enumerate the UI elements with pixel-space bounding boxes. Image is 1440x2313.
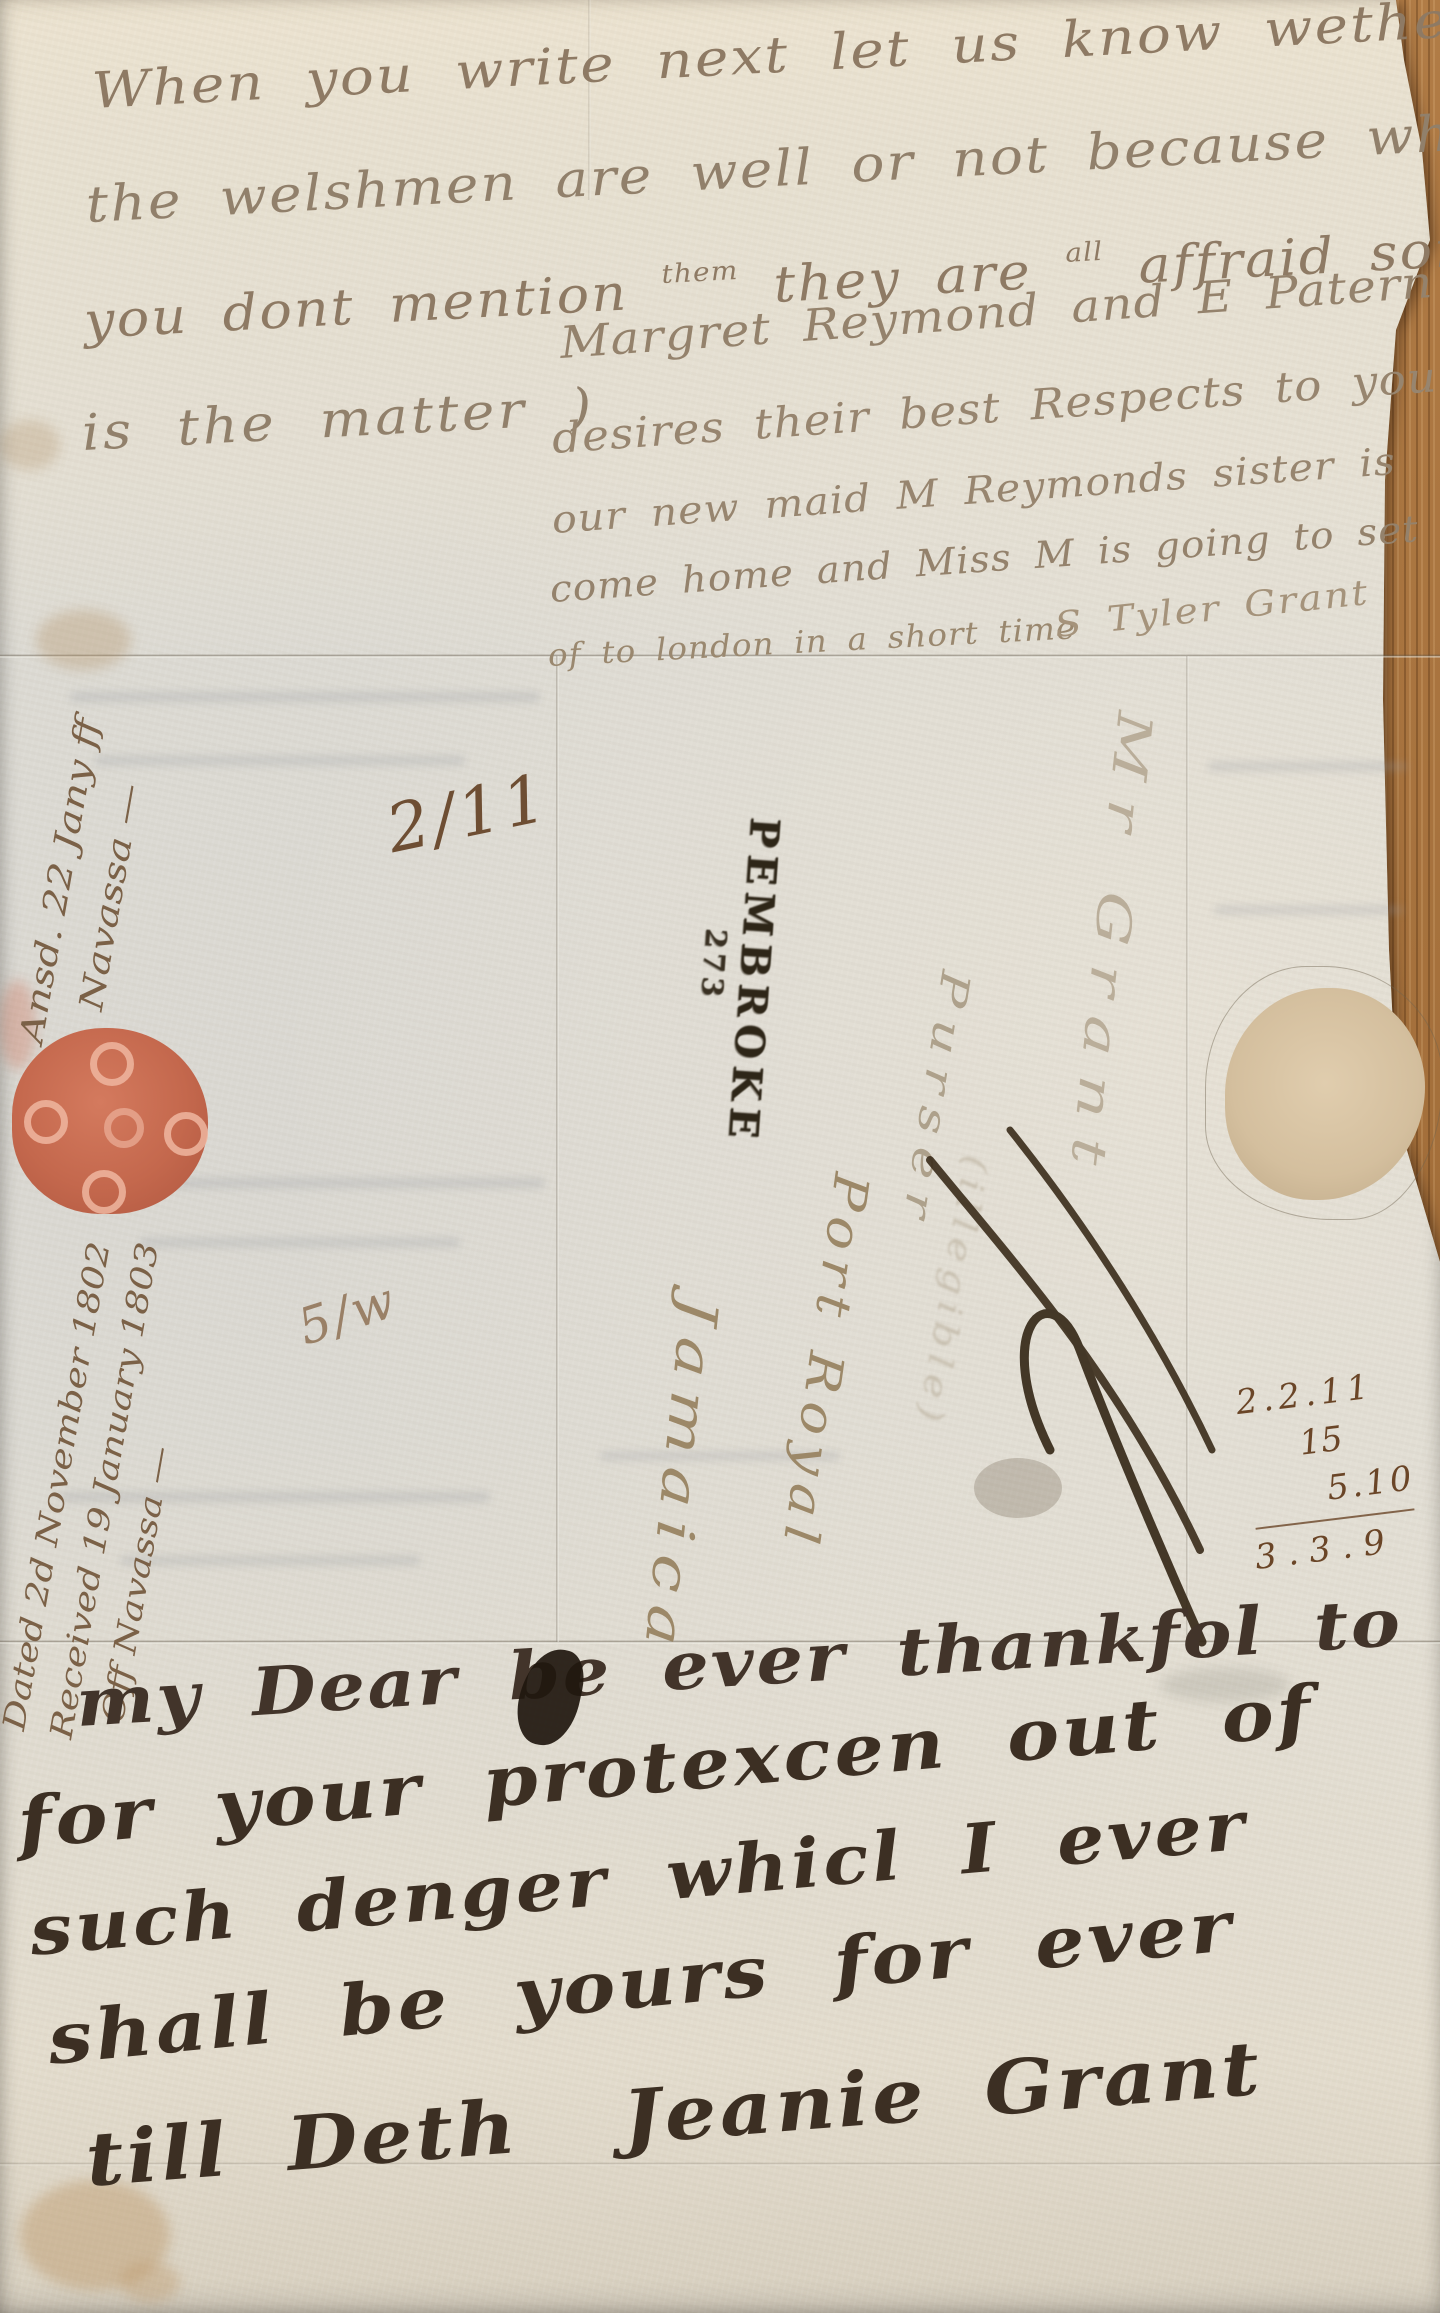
seal-ring-mark: [90, 1042, 134, 1086]
seal-ring-mark: [164, 1112, 208, 1156]
show-through-streak: [1208, 762, 1408, 771]
paper-stain: [120, 2262, 180, 2302]
money-column: 2.2.11 15 5.10 3.3.9: [1234, 1362, 1432, 1578]
seal-ring-mark: [82, 1170, 126, 1214]
letter-photo: When you write next let us know wether t…: [0, 0, 1440, 2313]
show-through-streak: [1214, 906, 1404, 914]
paper-stain: [36, 610, 131, 670]
wafer-seal-tear-outline: [1205, 966, 1440, 1220]
paper-stain: [0, 420, 60, 470]
fold-crease-vertical-left: [556, 656, 559, 1642]
inserted-word-all: all: [1064, 237, 1103, 269]
red-wax-seal: [12, 1028, 208, 1214]
seal-ring-mark: [104, 1108, 144, 1148]
inserted-word-them: them: [661, 256, 739, 290]
seal-ring-mark: [24, 1100, 68, 1144]
